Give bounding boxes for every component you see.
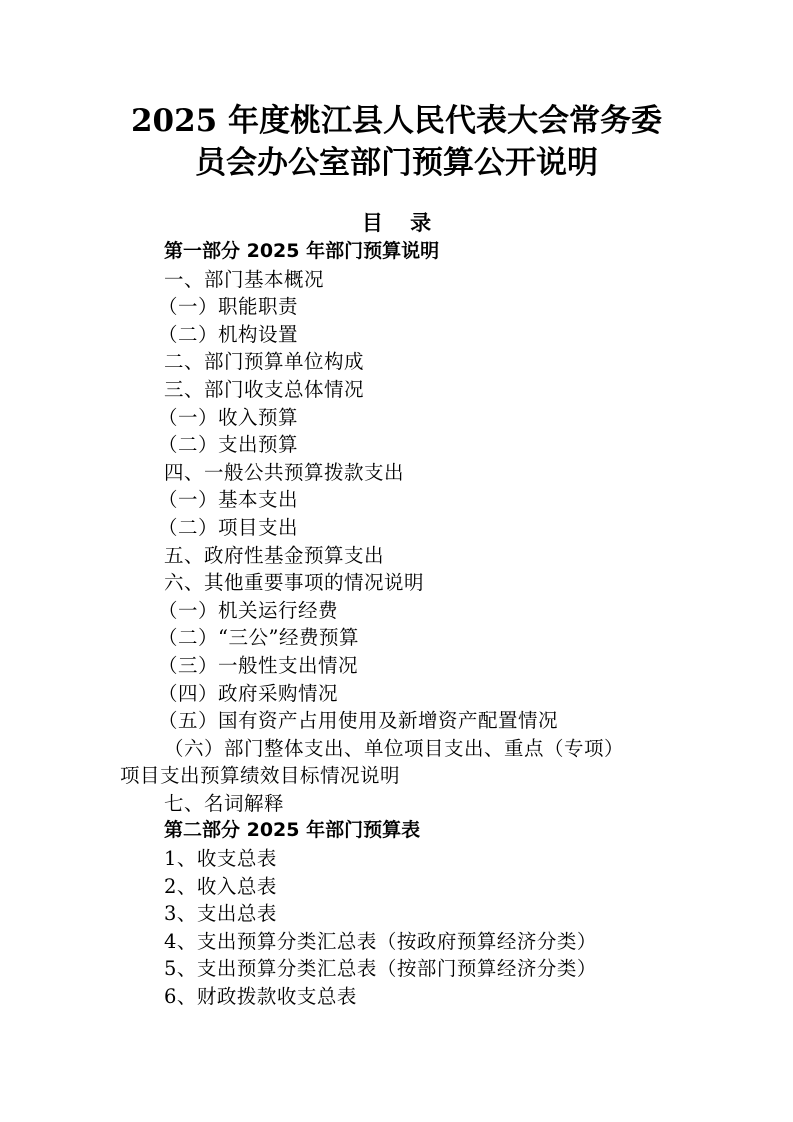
toc-item[interactable]: （一）机关运行经费	[0, 597, 793, 625]
toc-item[interactable]: （一）职能职责	[0, 293, 793, 321]
toc-table-item[interactable]: 2、收入总表	[0, 873, 793, 901]
toc-item[interactable]: 二、部门预算单位构成	[0, 348, 793, 376]
toc-item[interactable]: 五、政府性基金预算支出	[0, 542, 793, 570]
toc-item[interactable]: （二）“三公”经费预算	[0, 624, 793, 652]
toc-item[interactable]: （四）政府采购情况	[0, 680, 793, 708]
toc-item[interactable]: （六）部门整体支出、单位项目支出、重点（专项）	[0, 735, 793, 763]
toc-table-item[interactable]: 4、支出预算分类汇总表（按政府预算经济分类）	[0, 928, 793, 956]
toc-item[interactable]: 一、部门基本概况	[0, 266, 793, 294]
toc-item[interactable]: （一）基本支出	[0, 486, 793, 514]
toc-item[interactable]: （三）一般性支出情况	[0, 652, 793, 680]
toc-item[interactable]: （二）支出预算	[0, 431, 793, 459]
toc-item[interactable]: 三、部门收支总体情况	[0, 376, 793, 404]
toc-part-1[interactable]: 第一部分 2025 年部门预算说明	[0, 238, 793, 266]
toc-item[interactable]: 七、名词解释	[0, 790, 793, 818]
table-of-contents: 第一部分 2025 年部门预算说明 一、部门基本概况 （一）职能职责 （二）机构…	[0, 238, 793, 1011]
page-title-line-1: 2025 年度桃江县人民代表大会常务委	[0, 98, 793, 144]
toc-table-item[interactable]: 6、财政拨款收支总表	[0, 983, 793, 1011]
toc-table-item[interactable]: 1、收支总表	[0, 845, 793, 873]
toc-item[interactable]: （五）国有资产占用使用及新增资产配置情况	[0, 707, 793, 735]
toc-item-continuation[interactable]: 项目支出预算绩效目标情况说明	[0, 762, 793, 790]
toc-item[interactable]: （二）项目支出	[0, 514, 793, 542]
toc-heading: 目 录	[0, 209, 793, 237]
toc-table-item[interactable]: 3、支出总表	[0, 900, 793, 928]
toc-item[interactable]: 四、一般公共预算拨款支出	[0, 459, 793, 487]
page-title-line-2: 员会办公室部门预算公开说明	[0, 140, 793, 186]
toc-part-2[interactable]: 第二部分 2025 年部门预算表	[0, 817, 793, 845]
toc-table-item[interactable]: 5、支出预算分类汇总表（按部门预算经济分类）	[0, 955, 793, 983]
toc-item[interactable]: （二）机构设置	[0, 321, 793, 349]
toc-item[interactable]: 六、其他重要事项的情况说明	[0, 569, 793, 597]
toc-item[interactable]: （一）收入预算	[0, 404, 793, 432]
